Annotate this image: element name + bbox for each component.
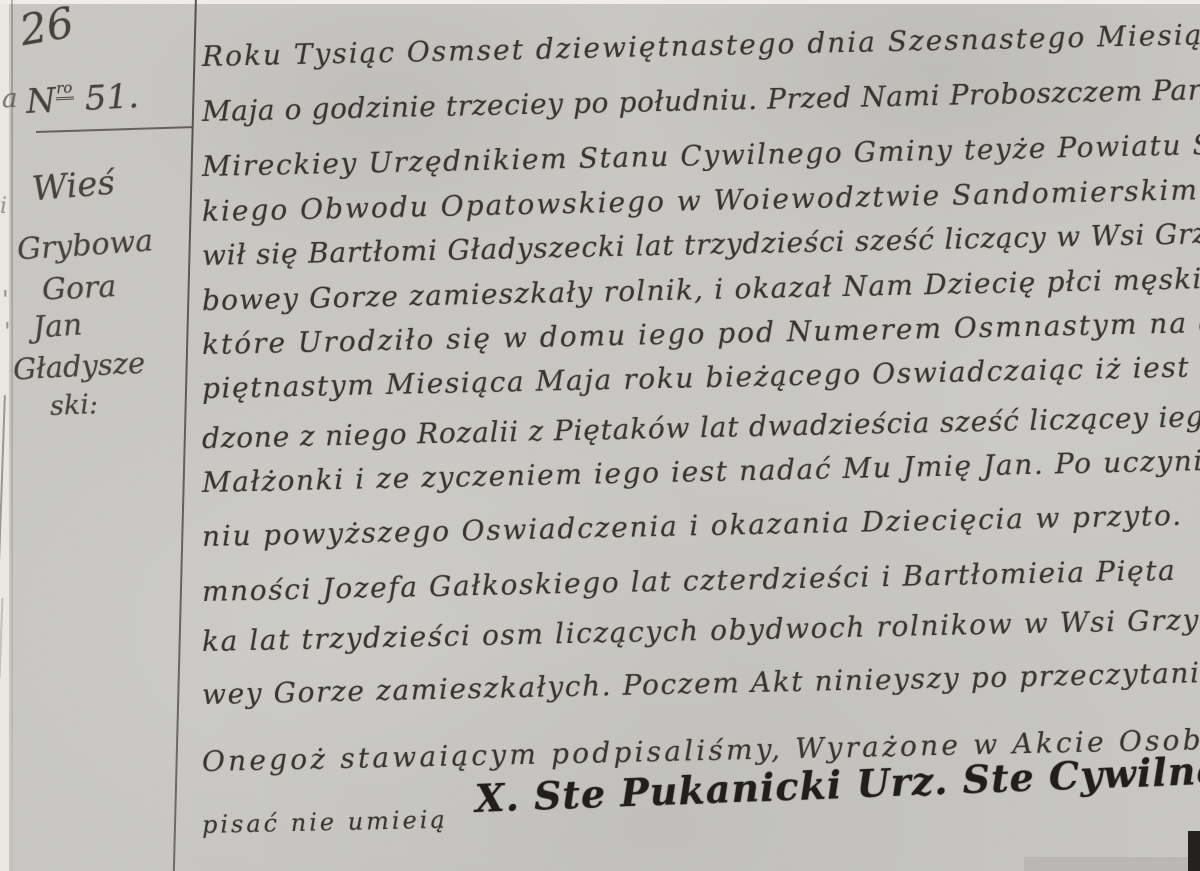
edge-stroke-mark: i <box>0 194 7 219</box>
record-line-8: piętnastym Miesiąca Maja roku bieżącego … <box>202 352 1200 405</box>
scan-gray-patch <box>1024 857 1200 871</box>
page-fold-line <box>11 0 13 871</box>
record-line-16: pisać nie umieią <box>202 805 503 838</box>
record-line-3: Mireckiey Urzędnikiem Stanu Cywilnego Gm… <box>202 130 1200 183</box>
record-line-12: mności Jozefa Gałkoskiego lat czterdzieś… <box>202 555 1200 608</box>
scan-top-edge-band <box>0 0 1200 4</box>
record-line-13: ka lat trzydzieści osm liczących obydwoc… <box>202 605 1200 658</box>
scan-dark-strip <box>1188 831 1200 871</box>
scan-left-edge-band <box>0 0 9 871</box>
margin-village-name-2: Gora <box>41 269 117 308</box>
record-line-10: Małżonki i ze zyczeniem iego iest nadać … <box>202 446 1200 499</box>
act-number-prefix: N <box>25 80 57 122</box>
margin-village-name-1: Grybowa <box>16 223 154 267</box>
edge-stroke-mark: ' <box>2 286 9 314</box>
act-number-value: 51. <box>84 76 140 119</box>
record-line-14: wey Gorze zamieszkałych. Poczem Akt nini… <box>202 658 1200 711</box>
record-line-1: Roku Tysiąc Osmset dziewiętnastego dnia … <box>202 20 1200 73</box>
margin-page-number: 26 <box>16 0 77 55</box>
edge-stroke-mark: a <box>2 84 18 114</box>
edge-stroke-mark: ' <box>4 318 11 346</box>
act-number-superscript: ro <box>55 78 74 100</box>
act-number-underline <box>36 126 192 133</box>
record-line-2: Maja o godzinie trzeciey po południu. Pr… <box>202 75 1200 128</box>
record-line-11: niu powyższego Oswiadczenia i okazania D… <box>202 500 1200 553</box>
margin-child-surname-2: ski: <box>49 389 98 422</box>
margin-child-surname-1: Gładysze <box>12 346 146 387</box>
margin-child-first-name: Jan <box>32 307 84 345</box>
margin-village-word: Wieś <box>30 162 116 209</box>
margin-act-number: Nro 51. <box>25 75 140 122</box>
column-divider-rule <box>173 0 197 871</box>
scanned-document-page: a i ' ' 26 Nro 51. Wieś Grybowa Gora Jan… <box>0 0 1200 871</box>
record-line-5: wił się Bartłomi Gładyszecki lat trzydzi… <box>202 219 1200 272</box>
